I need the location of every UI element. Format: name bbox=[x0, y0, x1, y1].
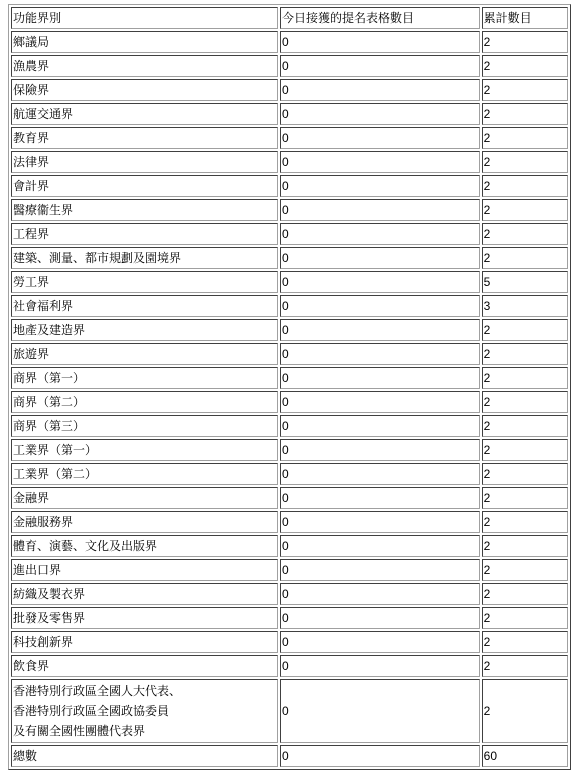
cumulative-count-cell: 2 bbox=[482, 223, 568, 245]
sector-cell: 工程界 bbox=[11, 223, 278, 245]
header-sector: 功能界別 bbox=[11, 7, 278, 29]
today-count-cell: 0 bbox=[280, 391, 480, 413]
table-row: 地產及建造界 0 2 bbox=[11, 319, 568, 341]
sector-cell: 紡織及製衣界 bbox=[11, 583, 278, 605]
table-row-multiline: 香港特別行政區全國人大代表、 香港特別行政區全國政協委員 及有關全國性團體代表界… bbox=[11, 679, 568, 716]
sector-cell: 航運交通界 bbox=[11, 103, 278, 125]
cumulative-count-cell: 2 bbox=[482, 79, 568, 101]
today-count-cell: 0 bbox=[280, 175, 480, 197]
sector-cell: 教育界 bbox=[11, 127, 278, 149]
sector-cell: 建築、測量、都市規劃及園境界 bbox=[11, 247, 278, 269]
sector-cell: 法律界 bbox=[11, 151, 278, 173]
table-row: 教育界 0 2 bbox=[11, 127, 568, 149]
sector-line: 香港特別行政區全國人大代表、 bbox=[13, 681, 276, 701]
today-count-cell: 0 bbox=[280, 31, 480, 53]
today-count-cell: 0 bbox=[280, 487, 480, 509]
today-count-cell: 0 bbox=[280, 367, 480, 389]
sector-cell: 金融界 bbox=[11, 487, 278, 509]
header-today-count: 今日接獲的提名表格數目 bbox=[280, 7, 480, 29]
table-row: 鄉議局 0 2 bbox=[11, 31, 568, 53]
table-row: 醫療衞生界 0 2 bbox=[11, 199, 568, 221]
cumulative-count-cell: 2 bbox=[482, 31, 568, 53]
today-count-cell: 0 bbox=[280, 295, 480, 317]
table-row: 體育、演藝、文化及出版界 0 2 bbox=[11, 535, 568, 557]
cumulative-count-cell: 2 bbox=[482, 55, 568, 77]
table-row: 工程界 0 2 bbox=[11, 223, 568, 245]
sector-cell: 科技創新界 bbox=[11, 631, 278, 653]
table-row: 商界（第一） 0 2 bbox=[11, 367, 568, 389]
cumulative-count-cell: 2 bbox=[482, 415, 568, 437]
table-row: 商界（第二） 0 2 bbox=[11, 391, 568, 413]
cumulative-count-cell: 5 bbox=[482, 271, 568, 293]
today-count-cell: 0 bbox=[280, 535, 480, 557]
cumulative-count-cell: 2 bbox=[482, 175, 568, 197]
header-cumulative-count: 累計數目 bbox=[482, 7, 568, 29]
sector-cell: 工業界（第一） bbox=[11, 439, 278, 461]
table-row: 科技創新界 0 2 bbox=[11, 631, 568, 653]
cumulative-count-cell: 2 bbox=[482, 367, 568, 389]
today-count-cell: 0 bbox=[280, 223, 480, 245]
today-count-cell: 0 bbox=[280, 655, 480, 677]
today-count-cell: 0 bbox=[280, 439, 480, 461]
cumulative-count-cell: 2 bbox=[482, 679, 568, 716]
today-count-cell: 0 bbox=[280, 607, 480, 629]
sector-cell: 體育、演藝、文化及出版界 bbox=[11, 535, 278, 557]
cumulative-count-cell: 2 bbox=[482, 559, 568, 581]
sector-cell: 工業界（第二） bbox=[11, 463, 278, 485]
sector-cell: 商界（第一） bbox=[11, 367, 278, 389]
cumulative-count-cell: 2 bbox=[482, 391, 568, 413]
table-row: 工業界（第一） 0 2 bbox=[11, 439, 568, 461]
table-row: 旅遊界 0 2 bbox=[11, 343, 568, 365]
today-count-cell: 0 bbox=[280, 463, 480, 485]
today-count-cell: 0 bbox=[280, 679, 480, 716]
sector-cell: 金融服務界 bbox=[11, 511, 278, 533]
today-count-cell: 0 bbox=[280, 55, 480, 77]
table-row: 勞工界 0 5 bbox=[11, 271, 568, 293]
today-count-cell: 0 bbox=[280, 415, 480, 437]
cumulative-count-cell: 2 bbox=[482, 319, 568, 341]
sector-cell: 勞工界 bbox=[11, 271, 278, 293]
table-row: 工業界（第二） 0 2 bbox=[11, 463, 568, 485]
sector-cell: 商界（第二） bbox=[11, 391, 278, 413]
sector-cell: 漁農界 bbox=[11, 55, 278, 77]
today-count-cell: 0 bbox=[280, 559, 480, 581]
table-row: 法律界 0 2 bbox=[11, 151, 568, 173]
cumulative-count-cell: 2 bbox=[482, 103, 568, 125]
sector-cell: 香港特別行政區全國人大代表、 香港特別行政區全國政協委員 及有關全國性團體代表界 bbox=[11, 679, 278, 716]
table-row: 建築、測量、都市規劃及園境界 0 2 bbox=[11, 247, 568, 269]
cumulative-count-cell: 2 bbox=[482, 607, 568, 629]
today-count-cell: 0 bbox=[280, 271, 480, 293]
table-row: 飲食界 0 2 bbox=[11, 655, 568, 677]
sector-cell: 鄉議局 bbox=[11, 31, 278, 53]
table-row: 漁農界 0 2 bbox=[11, 55, 568, 77]
sector-cell: 商界（第三） bbox=[11, 415, 278, 437]
sector-cell: 醫療衞生界 bbox=[11, 199, 278, 221]
sector-cell: 地產及建造界 bbox=[11, 319, 278, 341]
cumulative-count-cell: 2 bbox=[482, 127, 568, 149]
cumulative-count-cell: 2 bbox=[482, 487, 568, 509]
sector-cell: 進出口界 bbox=[11, 559, 278, 581]
sector-cell: 批發及零售界 bbox=[11, 607, 278, 629]
cumulative-count-cell: 3 bbox=[482, 295, 568, 317]
today-count-cell: 0 bbox=[280, 319, 480, 341]
today-count-cell: 0 bbox=[280, 631, 480, 653]
table-row: 航運交通界 0 2 bbox=[11, 103, 568, 125]
table-row: 會計界 0 2 bbox=[11, 175, 568, 197]
today-count-cell: 0 bbox=[280, 511, 480, 533]
cumulative-count-cell: 2 bbox=[482, 511, 568, 533]
table-row: 商界（第三） 0 2 bbox=[11, 415, 568, 437]
table-row: 批發及零售界 0 2 bbox=[11, 607, 568, 629]
table-header-row: 功能界別 今日接獲的提名表格數目 累計數目 bbox=[11, 7, 568, 29]
cumulative-count-cell: 2 bbox=[482, 583, 568, 605]
nominations-table-container: 功能界別 今日接獲的提名表格數目 累計數目 鄉議局 0 2 漁農界 0 2 保險… bbox=[8, 4, 571, 716]
sector-cell: 社會福利界 bbox=[11, 295, 278, 317]
today-count-cell: 0 bbox=[280, 583, 480, 605]
cumulative-count-cell: 2 bbox=[482, 463, 568, 485]
today-count-cell: 0 bbox=[280, 247, 480, 269]
table-row: 紡織及製衣界 0 2 bbox=[11, 583, 568, 605]
table-row: 保險界 0 2 bbox=[11, 79, 568, 101]
today-count-cell: 0 bbox=[280, 199, 480, 221]
nominations-table: 功能界別 今日接獲的提名表格數目 累計數目 鄉議局 0 2 漁農界 0 2 保險… bbox=[8, 4, 571, 716]
cumulative-count-cell: 2 bbox=[482, 655, 568, 677]
cumulative-count-cell: 2 bbox=[482, 439, 568, 461]
table-row: 進出口界 0 2 bbox=[11, 559, 568, 581]
table-row: 社會福利界 0 3 bbox=[11, 295, 568, 317]
table-row: 金融界 0 2 bbox=[11, 487, 568, 509]
today-count-cell: 0 bbox=[280, 127, 480, 149]
sector-cell: 旅遊界 bbox=[11, 343, 278, 365]
today-count-cell: 0 bbox=[280, 343, 480, 365]
cumulative-count-cell: 2 bbox=[482, 535, 568, 557]
cumulative-count-cell: 2 bbox=[482, 151, 568, 173]
cumulative-count-cell: 2 bbox=[482, 631, 568, 653]
table-row: 金融服務界 0 2 bbox=[11, 511, 568, 533]
today-count-cell: 0 bbox=[280, 103, 480, 125]
cumulative-count-cell: 2 bbox=[482, 247, 568, 269]
today-count-cell: 0 bbox=[280, 151, 480, 173]
sector-cell: 飲食界 bbox=[11, 655, 278, 677]
sector-cell: 保險界 bbox=[11, 79, 278, 101]
cumulative-count-cell: 2 bbox=[482, 343, 568, 365]
cumulative-count-cell: 2 bbox=[482, 199, 568, 221]
today-count-cell: 0 bbox=[280, 79, 480, 101]
sector-line: 香港特別行政區全國政協委員 bbox=[13, 701, 276, 716]
sector-cell: 會計界 bbox=[11, 175, 278, 197]
